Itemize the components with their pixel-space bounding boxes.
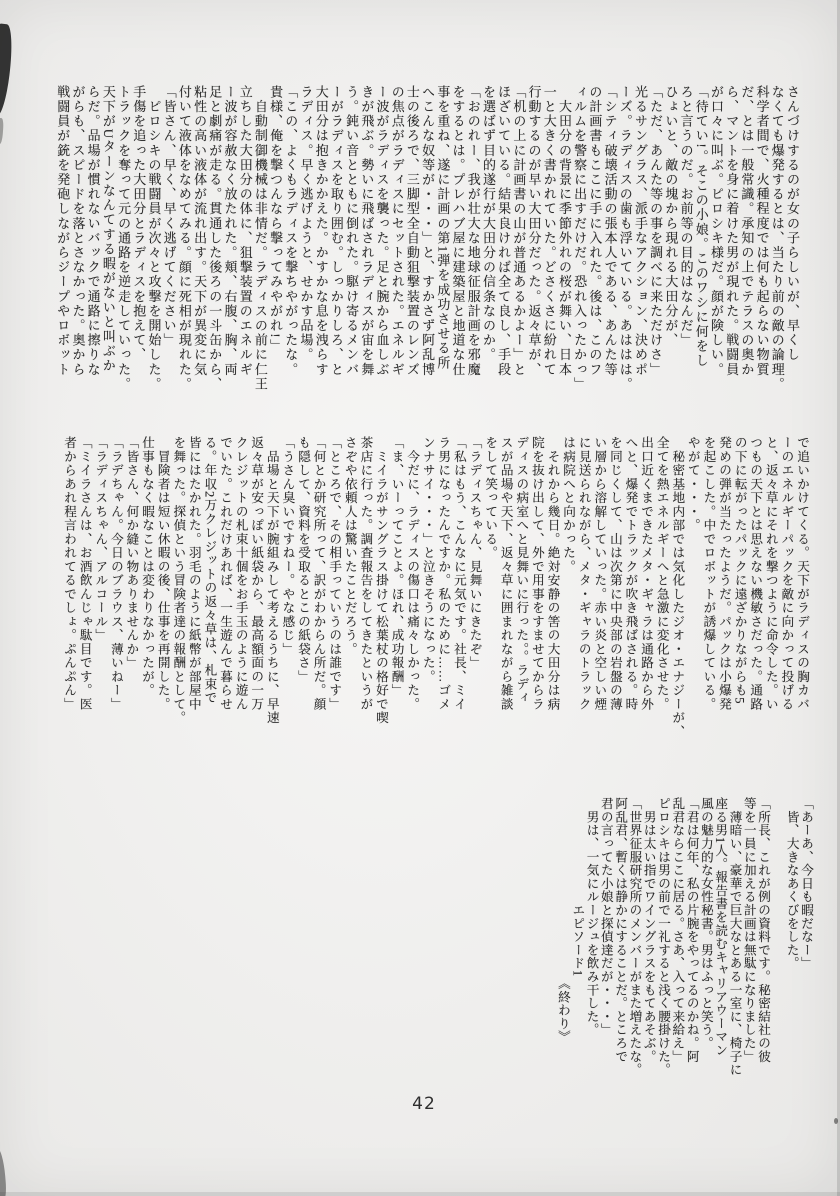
text-column: 茶店に行った。調査報告をしてきたというが (357, 436, 373, 718)
text-column: 返々草が安っぽい紙袋から、最高額面の一万 (248, 436, 264, 718)
text-column: を舞った。探偵という冒険者達の報酬として。 (170, 436, 186, 718)
text-column: やがて・・・。 (684, 436, 700, 718)
text-column: 「ラデちゃん。今日のブラウス、薄いねー」 (107, 436, 123, 718)
text-column: の下に転がったパックに遠ざかりながらも5 (731, 436, 747, 718)
text-column: 薄暗い、豪華で巨大なとある一室に、椅子に (727, 797, 741, 1067)
text-column: ミイラがサングラス掛けて松葉杖の格好で喫 (372, 436, 388, 718)
text-column: をして笑っている。 (482, 436, 498, 718)
text-column: 乱君ならここに居る。さあ、入って来給え」 (670, 797, 684, 1067)
text-column: 大田分の背景に季節外れの桜が舞い、日本 (557, 85, 572, 397)
text-column: がらも、スピードを落とさなかった。奥から (70, 85, 85, 397)
text-column: 発めの弾が当たったようだ。パックは小爆発 (715, 436, 731, 718)
text-column: 品場と天下が腕組みして考えるうちに、早速 (263, 436, 279, 718)
text-column: 秘密基地内部では気化したジオ・エナジーが、 (669, 436, 685, 718)
text-column (770, 797, 784, 1067)
text-column: へこんな奴等が・・・」と、すかさず阿乱博 (420, 85, 435, 397)
text-column: 「ミイラさんは、お酒飲んじゃ駄目です。医 (76, 436, 92, 718)
text-column: 冒険者は短い休暇の後、仕事を再開した。 (154, 436, 170, 718)
scanned-document-page: さんづけするのが女の子らしいが、早くしなくても爆発するとは、当たり前の敵の論理。… (0, 0, 840, 1196)
text-column: は病院へと向かった。 (560, 436, 576, 718)
text-column: 「おのれー、我が壮大な地球征服計画を邪魔 (466, 85, 481, 397)
text-column: ら、マントを身に着けた男が現れた。戦闘員 (724, 85, 739, 397)
page-number: 42 (394, 1094, 454, 1114)
text-column: 「ところで、その相手っていうのは誰です」 (326, 436, 342, 718)
text-column: 士の後ろで、三脚型全自動狙撃装置のレンズ (405, 85, 420, 397)
text-column: 手傷を追った大田分とラディスを抱えて、 (131, 85, 146, 397)
text-column: 「私はもう、こんなに元気です。社長、ミイ (450, 436, 466, 718)
text-column: を選ばず目的遂行が大田分の信条なのか。 (481, 85, 496, 397)
text-column: の焦点がラディスにセットされた。エネルギ (390, 85, 405, 397)
text-column: 「所長、これが例の資料です。秘密結社の彼 (756, 797, 770, 1067)
text-column: 風の魅力的な女性秘書。男はふっと笑う。 (699, 797, 713, 1067)
text-column: 皆にはたかれた。羽毛のように紙幣が部屋中 (185, 436, 201, 718)
text-column: ーがラディスを取り囲む。しっかりしろ、と (329, 85, 344, 397)
text-column: い層から溶解していった。赤い炎と空しい煙 (591, 436, 607, 718)
text-column: 全てを熱エネルギーへと急激に変化させた。 (653, 436, 669, 718)
text-column: 「シティ破壊活動の張本人である、あんた等 (602, 85, 617, 397)
scan-smudge-left-mid (0, 118, 4, 144)
text-column: スが品場や天下、返々草に囲まれながら雑談 (497, 436, 513, 718)
text-column: 《終わり》 (556, 797, 570, 1067)
text-column: 「皆さん、早く、早く逃げてください」 (161, 85, 176, 397)
text-column: 行動するのが早い大田分だった。返々草が、 (526, 85, 541, 397)
text-column: 科学者間で、火種程度では何も起らない物質 (754, 85, 769, 397)
text-column: ピロシキの戦闘員が次々と攻撃を開始した。 (146, 85, 161, 397)
text-column: ー波が容赦なく放たれた。頬、右腹、胸、両 (222, 85, 237, 397)
text-column: 大田分は抱きかかえた。かすかな息を洩らす (314, 85, 329, 397)
text-column: 男は太い指でワイングラスをもてあそぶ。 (641, 797, 655, 1067)
text-column: で追いかけてくる。天下がラディスの胸カバ (793, 436, 809, 718)
text-column: ほざいている。結果良ければ全て良し、手段 (496, 85, 511, 397)
text-column: も隠して、資料を受取るとこの紙袋さ」 (294, 436, 310, 718)
text-column: 「ラディスちゃん、アルコール」 (92, 436, 108, 718)
text-column: ィルムを警察に出すだけだ。恐れ入ったかっ」 (572, 85, 587, 397)
text-column: 「ラディスちゃん、見舞いにきたぞ」 (466, 436, 482, 718)
text-column: 者からあれ程言われてるでしょ。ぷんぷん」 (61, 436, 77, 718)
story-text-block-1: さんづけするのが女の子らしいが、早くしなくても爆発するとは、当たり前の敵の論理。… (54, 85, 800, 397)
scan-smudge-bottom-left (0, 1148, 7, 1196)
text-column: 戦闘員が銃を発砲しながらジープやロボット (55, 85, 70, 397)
scan-smudge-top-left (0, 23, 16, 116)
text-column: 男は、一気にルージュを飲み干した。 (584, 797, 598, 1067)
text-column: 座る男1人。報告書を読むキャリアウーマン (713, 797, 727, 1067)
text-column: 阿乱君、暫くは静かにすることだ。ところで (613, 797, 627, 1067)
text-column: 「世界征服研究所のメンバーがまた増えたな。 (627, 797, 641, 1067)
story-text-block-2: で追いかけてくる。天下がラディスの胸カバーのエネルギーパックを敵に向かって投げる… (59, 436, 809, 718)
text-column: ピロシキは男の前で一礼すると浅く腰掛けた。 (656, 797, 670, 1067)
text-column: 「ただ、あんた等の事を調べに来ただけさ」 (648, 85, 663, 397)
text-column: 「うさん臭いですねー。やな感じ」 (279, 436, 295, 718)
text-column: 君の言ってた小娘と探偵達だが・・・」 (599, 797, 613, 1067)
text-column: 「皆さん、何か縫い物ありませんか」 (123, 436, 139, 718)
text-column: ラディス。早く逃げようと、せかす品場。 (298, 85, 313, 397)
text-column: エピソード1 (570, 797, 584, 1067)
text-column: を同じくして、山は次第に中央部の岩盤の薄 (606, 436, 622, 718)
text-column: う。鈍い音とともに倒れた。駆け寄るメンバ (344, 85, 359, 397)
scan-speck-right (834, 1118, 838, 1124)
text-column: る。年収2万クレジットの返々草は、札束で (201, 436, 217, 718)
text-column: ひょいと、敵の塊から現れる大田分が、 (663, 85, 678, 397)
text-column: だ、とは一般常識。承知の上でテラスの奥か (739, 85, 754, 397)
text-column: ーズ。ラディスの歯も浮いている。あははは。 (618, 85, 633, 397)
text-column: 光るサングラス、派手なアクション、決めポ (633, 85, 648, 397)
text-column: 粘性の高い液体が流れ出す。天下が異変に気 (192, 85, 207, 397)
text-column: さぞや依頼人は驚いたことだろう。 (341, 436, 357, 718)
text-column: らだ。品場が慣れないバックで通路に擦りな (85, 85, 100, 397)
text-column: 付いて液体をなめてみる。顔に死相が現れた。 (177, 85, 192, 397)
text-column: 自動制御機械は非情だ。ラディスの前に仁王 (253, 85, 268, 397)
text-column: でいた。これだけあれば、一生遊んで暮らせ (216, 436, 232, 718)
text-column: ディスの病室へと見舞いに行った。。ラディ (513, 436, 529, 718)
text-column: を起こした。中でロボットが誘爆している。 (700, 436, 716, 718)
text-column: 一と大きく書かれていた。どさくさに紛れて (542, 85, 557, 397)
text-column: へと、爆発でトラックが吹き飛ばされる。時 (622, 436, 638, 718)
text-column: 「机の上に計画書の山が普通あるかよー」と (511, 85, 526, 397)
text-column: 「この、よくもラディスを撃ちやがったな。 (283, 85, 298, 397)
text-column: 事を重ね、遂に計画の第1弾を成功させる所 (435, 85, 450, 397)
text-column: と、返々草にそれを撃つように命令した。い (762, 436, 778, 718)
text-column: ー波がラディスを襲った。足と腕から血しぶ (374, 85, 389, 397)
text-column: 「ま、いーってことよ。ほれ、成功報酬」 (388, 436, 404, 718)
text-column: 「あーあ、今日も暇だなー」 (799, 797, 813, 1067)
text-column: 出口近くまできたメタ・ギャラは通路から外 (637, 436, 653, 718)
text-column: 「何とか研究所って、訳がわからん所だ。顔 (310, 436, 326, 718)
text-column: さんづけするのが女の子らしいが、早くし (785, 85, 800, 397)
story-text-block-3-epilogue: 「あーあ、今日も暇だなー」 皆、大きなあくびをした。 「所長、これが例の資料です… (555, 797, 813, 1067)
text-column: をするとは。プレハブ屋に建築屋と地道な仕 (450, 85, 465, 397)
text-column: 院を抜け出して、外で用事をすませてからラ (528, 436, 544, 718)
text-column: 「待てい!。そこの小娘。このワシに何をし (694, 85, 709, 397)
text-column: つもの天下とは思えない機敏さだった。通路 (747, 436, 763, 718)
text-column: 天下がUターンなんてする暇がないと叫ぶか (101, 85, 116, 397)
text-column: 「君は何年、私の片腕をやってるのかね。阿 (684, 797, 698, 1067)
text-column: 貴様、俺を撃つんなら撃ってみやがれ!」 (268, 85, 283, 397)
text-column: 今だに、ラディスの傷口は痛々しかった。 (404, 436, 420, 718)
text-column: なくても爆発するとは、当たり前の敵の論理。 (770, 85, 785, 397)
text-column: クレジットの札束十個をお手玉のように遊ん (232, 436, 248, 718)
text-column: 仕事もなく暇なことは変わりなかったが。 (138, 436, 154, 718)
text-column: トラックを奪って元の通路を逆走していった。 (116, 85, 131, 397)
text-column: 等を一員に加える計画は無駄になりました」 (742, 797, 756, 1067)
text-column: 立ちした大田分の体に、狙撃装置のエネルギ (237, 85, 252, 397)
text-column: が口々に叫ぶ。ピロシキ様だ。顔が険しい。 (709, 85, 724, 397)
text-column: 足と劇痛が走る。貫通した後ろの一斗缶から、 (207, 85, 222, 397)
text-column: の計画書もここに手に入れた。後は、このフ (587, 85, 602, 397)
text-column: それから幾日。絶対安静の筈の大田分は病 (544, 436, 560, 718)
scan-edge-bottom (0, 1192, 840, 1196)
text-column: きが飛ぶ。勢いに飛ばされラディスが宙を舞 (359, 85, 374, 397)
text-column: ンナサイ・・・」と泣きそうになった。 (419, 436, 435, 718)
text-column: 皆、大きなあくびをした。 (784, 797, 798, 1067)
text-column: ラ男になったんですか。私のために……ゴメ (435, 436, 451, 718)
text-column: に見送られながら、メタ・ギャラのトラック (575, 436, 591, 718)
text-column: ーのエネルギーパックを敵に向かって投げる (778, 436, 794, 718)
text-column: ろと言うのだ。お前等の目的はなんだ」 (678, 85, 693, 397)
